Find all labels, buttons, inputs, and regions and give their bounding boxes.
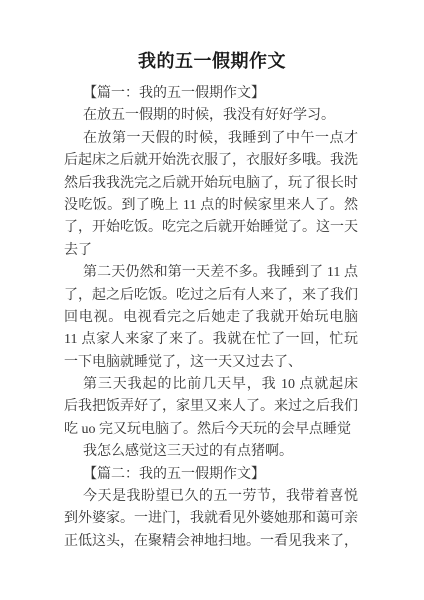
essay-line: 回电视。电视看完之后她走了我就开始玩电脑了。玩到了 [64, 307, 358, 329]
essay-line: 在放五一假期的时候，我没有好好学习。 [64, 105, 358, 127]
essay-line: 后起床之后就开始洗衣服了，衣服好多哦。我洗了一回， [64, 150, 358, 172]
essay-line: 了，开始吃饭。吃完之后就开始睡觉了。这一天就这样过 [64, 217, 358, 239]
essay-line: 吃 uo 完又玩电脑了。然后今天玩的会早点睡觉的。 [64, 419, 358, 441]
essay-line: 第三天我起的比前几天早，我 10 点就起床了。起床之 [64, 374, 358, 396]
essay-line: 后我把饭弄好了，家里又来人了。来过之后我们吃了饭， [64, 396, 358, 418]
essay-line: 了，起之后吃饭。吃过之后有人来了，来了我们就看了一 [64, 285, 358, 307]
essay-line: 正低这头，在聚精会神地扫地。一看见我来了，笑眯眯地 [64, 531, 358, 553]
essay-line: 【篇二：我的五一假期作文】 [64, 464, 358, 486]
essay-line: 去了 [64, 240, 358, 262]
essay-line: 我怎么感觉这三天过的有点猪啊。 [64, 441, 358, 463]
essay-line: 第二天仍然和第一天差不多。我睡到了 11 点就起床 [64, 262, 358, 284]
essay-line: 然后我我洗完之后就开始玩电脑了，玩了很长时间，我都 [64, 173, 358, 195]
document-title: 我的五一假期作文 [0, 49, 424, 75]
essay-line: 11 点家人来家了来了。我就在忙了一回，忙玩之后我沾了 [64, 329, 358, 351]
essay-line: 【篇一：我的五一假期作文】 [64, 83, 358, 105]
essay-line: 在放第一天假的时候，我睡到了中午一点才起床，然 [64, 128, 358, 150]
document-page: 我的五一假期作文 【篇一：我的五一假期作文】在放五一假期的时候，我没有好好学习。… [0, 0, 424, 600]
essay-line: 没吃饭。到了晚上 11 点的时候家里来人了。然后就不玩 [64, 195, 358, 217]
essay-line: 一下电脑就睡觉了，这一天又过去了、 [64, 352, 358, 374]
essay-line: 今天是我盼望已久的五一劳节，我带着喜悦的心情来 [64, 486, 358, 508]
document-body: 【篇一：我的五一假期作文】在放五一假期的时候，我没有好好学习。在放第一天假的时候… [0, 83, 424, 553]
essay-line: 到外婆家。一进门，我就看见外婆她那和蔼可亲的面孔， [64, 508, 358, 530]
